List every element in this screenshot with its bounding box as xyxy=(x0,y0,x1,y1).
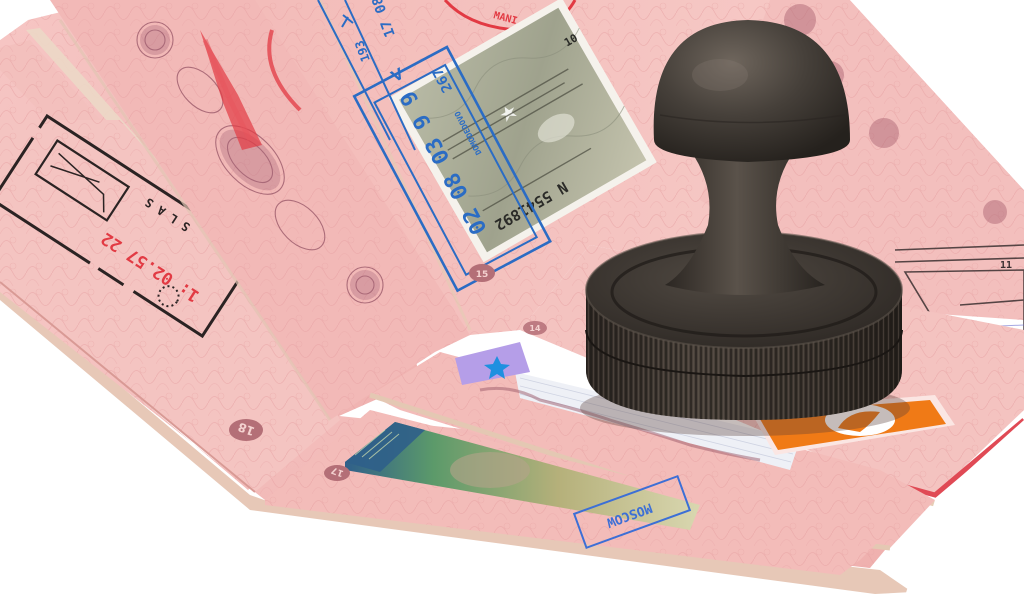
page-number-18: 18 xyxy=(229,419,263,441)
page-number-15: 15 xyxy=(469,264,495,282)
svg-text:14: 14 xyxy=(529,324,541,333)
svg-text:15: 15 xyxy=(476,270,489,280)
svg-text:11: 11 xyxy=(1000,260,1012,271)
passports-photo: 1: 02.57 22 S L A S 18 xyxy=(0,0,1024,610)
page-number-14: 14 xyxy=(523,321,547,335)
